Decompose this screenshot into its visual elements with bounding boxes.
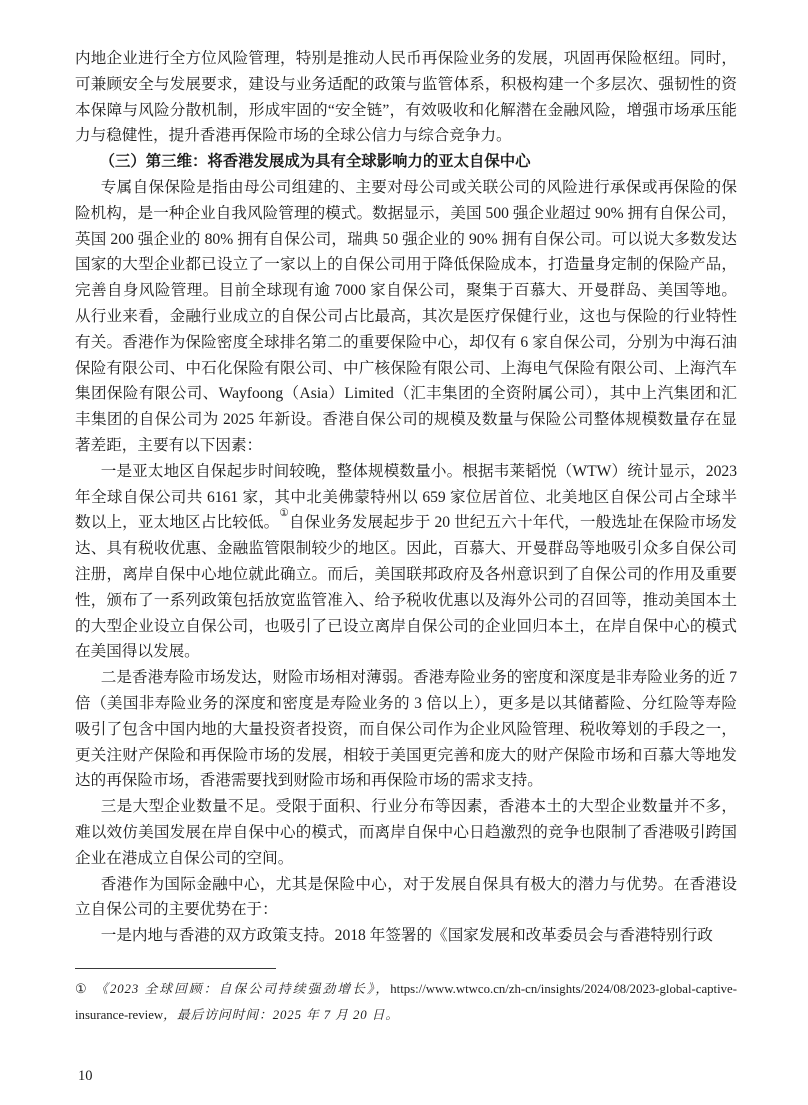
paragraph-hk-potential: 香港作为国际金融中心，尤其是保险中心，对于发展自保具有极大的潜力与优势。在香港设… [75,872,737,924]
paragraph-factor1: 一是亚太地区自保起步时间较晚，整体规模数量小。根据韦莱韬悦（WTW）统计显示，2… [75,459,737,665]
footnote-1: ①《2023 全球回顾：自保公司持续强劲增长》，https://www.wtwc… [75,977,737,1028]
paragraph-captive-intro: 专属自保保险是指由母公司组建的、主要对母公司或关联公司的风险进行承保或再保险的保… [75,175,737,459]
section-heading: （三）第三维：将香港发展成为具有全球影响力的亚太自保中心 [75,149,737,175]
footnote-marker: ① [75,982,95,996]
footnote-divider [75,968,276,969]
footnote-title: 《2023 全球回顾：自保公司持续强劲增长》， [95,982,390,996]
footnote-area: ①《2023 全球回顾：自保公司持续强劲增长》，https://www.wtwc… [75,968,737,1028]
paragraph-factor3: 三是大型企业数量不足。受限于面积、行业分布等因素，香港本土的大型企业数量并不多，… [75,794,737,871]
footnote-access-date: ，最后访问时间：2025 年 7 月 20 日。 [163,1008,399,1022]
page-number: 10 [78,1066,93,1086]
footnote-reference-marker: ① [279,508,289,519]
document-page: 内地企业进行全方位风险管理，特别是推动人民币再保险业务的发展，巩固再保险枢纽。同… [0,0,808,1105]
paragraph-factor2: 二是香港寿险市场发达，财险市场相对薄弱。香港寿险业务的密度和深度是非寿险业务的近… [75,665,737,794]
paragraph-continuation: 内地企业进行全方位风险管理，特别是推动人民币再保险业务的发展，巩固再保险枢纽。同… [75,46,737,149]
paragraph-advantage1: 一是内地与香港的双方政策支持。2018 年签署的《国家发展和改革委员会与香港特别… [75,923,737,949]
document-body: 内地企业进行全方位风险管理，特别是推动人民币再保险业务的发展，巩固再保险枢纽。同… [75,46,737,949]
paragraph-factor1-text-post: 自保业务发展起步于 20 世纪五六十年代，一般选址在保险市场发达、具有税收优惠、… [75,514,737,660]
